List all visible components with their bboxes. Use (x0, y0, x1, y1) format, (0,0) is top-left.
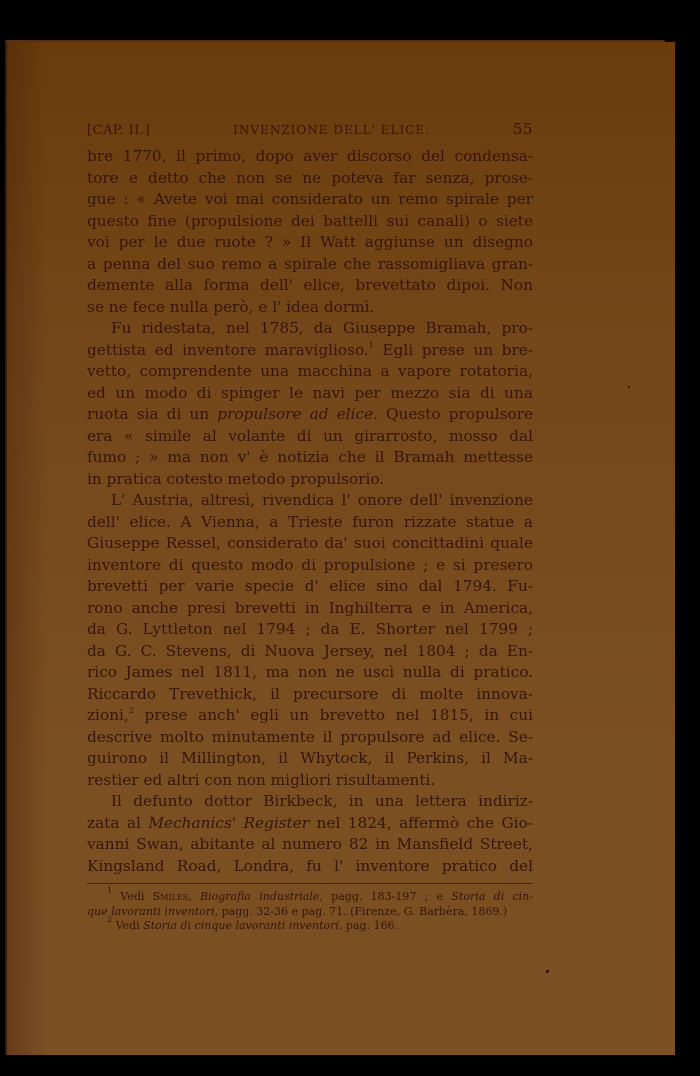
text-line: bre 1770, il primo, dopo aver discorso d… (87, 146, 533, 168)
text-line: vanni Swan, abitante al numero 82 in Man… (87, 834, 533, 856)
text-line: questo fine (propulsione dei battelli su… (87, 211, 533, 233)
author-name: Smiles (153, 890, 189, 903)
paragraph-3: L' Austria, altresì, rivendica l' onore … (87, 490, 533, 791)
text-line: a penna del suo remo a spirale che rasso… (87, 254, 533, 276)
text-line: gettista ed inventore maraviglioso.1 Egl… (87, 340, 533, 362)
book-title: Storia di cin- (451, 890, 533, 903)
paragraph-4: Il defunto dottor Birkbeck, in una lette… (87, 791, 533, 877)
body-text: bre 1770, il primo, dopo aver discorso d… (87, 146, 533, 877)
footnote-1: 1 Vedi Smiles, Biografia industriale, pa… (87, 890, 533, 905)
italic-title: Mechanics' Register (148, 814, 309, 832)
text-line: demente alla forma dell' elice, brevetta… (87, 275, 533, 297)
text-line: Kingsland Road, Londra, fu l' inventore … (87, 856, 533, 878)
text-run: zata al (87, 814, 148, 832)
spine-shadow (7, 42, 47, 1055)
text-line: Fu ridestata, nel 1785, da Giuseppe Bram… (87, 318, 533, 340)
page-number: 55 (513, 120, 533, 138)
text-run: Egli prese un bre- (374, 341, 533, 359)
text-line: in pratica cotesto metodo propulsorio. (87, 469, 533, 491)
text-line: guirono il Millington, il Whytock, il Pe… (87, 748, 533, 770)
text-run: , pagg. 183-197 ; e (319, 890, 451, 903)
text-line: zioni,2 prese anch' egli un brevetto nel… (87, 705, 533, 727)
paper-speck (546, 970, 549, 973)
text-line: voi per le due ruote ? » Il Watt aggiuns… (87, 232, 533, 254)
paragraph-1: bre 1770, il primo, dopo aver discorso d… (87, 146, 533, 318)
chapter-label: [CAP. II.] (87, 123, 150, 138)
text-line: brevetti per varie specie d' elice sino … (87, 576, 533, 598)
text-line: tore e detto che non se ne poteva far se… (87, 168, 533, 190)
text-run: , pag. 166. (339, 919, 398, 932)
text-run: ruota sia di un (87, 405, 217, 423)
text-run: , pagg. 32-36 e pag. 71. (Firenze, G. Ba… (215, 905, 508, 918)
text-run: prese anch' egli un brevetto nel 1815, i… (134, 706, 533, 724)
page-content: [CAP. II.] INVENZIONE DELL' ELICE. 55 br… (87, 120, 533, 934)
text-line: descrive molto minutamente il propulsore… (87, 727, 533, 749)
text-line: Giuseppe Ressel, considerato da' suoi co… (87, 533, 533, 555)
text-line: gue : « Avete voi mai considerato un rem… (87, 189, 533, 211)
text-line: dell' elice. A Vienna, a Trieste furon r… (87, 512, 533, 534)
text-line: da G. C. Stevens, di Nuova Jersey, nel 1… (87, 641, 533, 663)
text-line: vetto, comprendente una macchina a vapor… (87, 361, 533, 383)
running-head: [CAP. II.] INVENZIONE DELL' ELICE. 55 (87, 120, 533, 144)
italic-term: propulsore ad elice. (217, 405, 378, 423)
text-line: se ne fece nulla però, e l' idea dormì. (87, 297, 533, 319)
text-line: inventore di questo modo di propulsione … (87, 555, 533, 577)
text-run: zioni, (87, 706, 129, 724)
footnote-separator (87, 883, 533, 884)
text-line: restier ed altri con non migliori risult… (87, 770, 533, 792)
text-line: ruota sia di un propulsore ad elice. Que… (87, 404, 533, 426)
text-line: rico James nel 1811, ma non ne uscì null… (87, 662, 533, 684)
text-run: , (188, 890, 200, 903)
text-run: gettista ed inventore maraviglioso. (87, 341, 369, 359)
footnote-1-cont: que lavoranti inventori, pagg. 32-36 e p… (87, 905, 533, 920)
paper-speck (628, 386, 630, 388)
text-line: era « simile al volante di un girarrosto… (87, 426, 533, 448)
text-line: rono anche presi brevetti in Inghilterra… (87, 598, 533, 620)
text-run: Questo propulsore (378, 405, 533, 423)
text-run: Vedi (112, 919, 143, 932)
text-line: ed un modo di spinger le navi per mezzo … (87, 383, 533, 405)
text-line: fumo ; » ma non v' è notizia che il Bram… (87, 447, 533, 469)
footnotes: 1 Vedi Smiles, Biografia industriale, pa… (87, 890, 533, 934)
book-title: Biografia industriale (200, 890, 319, 903)
text-line: zata al Mechanics' Register nel 1824, af… (87, 813, 533, 835)
footnote-2: 2 Vedi Storia di cinque lavoranti invent… (87, 919, 533, 934)
text-line: Riccardo Trevethick, il precursore di mo… (87, 684, 533, 706)
text-line: L' Austria, altresì, rivendica l' onore … (87, 490, 533, 512)
paragraph-2: Fu ridestata, nel 1785, da Giuseppe Bram… (87, 318, 533, 490)
running-title: INVENZIONE DELL' ELICE. (233, 123, 430, 137)
text-line: Il defunto dottor Birkbeck, in una lette… (87, 791, 533, 813)
book-title: Storia di cinque lavoranti inventori (143, 919, 339, 932)
text-run: nel 1824, affermò che Gio- (309, 814, 533, 832)
text-line: da G. Lyttleton nel 1794 ; da E. Shorter… (87, 619, 533, 641)
text-run: Vedi (112, 890, 153, 903)
